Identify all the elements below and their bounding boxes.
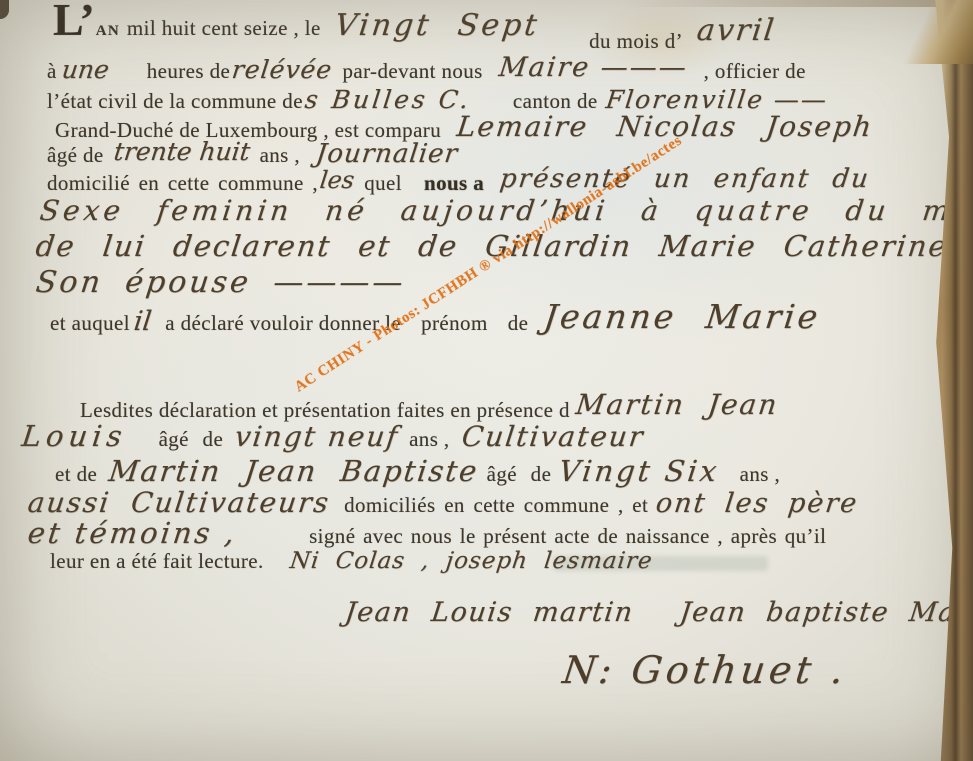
printed-text: âgé de [159, 427, 224, 452]
handwritten-entry: Journalier [314, 139, 460, 169]
document-line-l6: domicilié en cette commune ,lesquelnous … [47, 167, 870, 197]
handwritten-entry: Maire ——— [497, 52, 690, 83]
handwritten-entry: s Bulles C. [303, 85, 473, 114]
handwritten-entry: aussi Cultivateurs [26, 486, 332, 519]
printed-text: AN [96, 23, 120, 40]
handwritten-entry: N: Gothuet . [560, 648, 850, 692]
handwritten-entry: avril [695, 13, 778, 48]
printed-text: leur en a été fait lecture. [50, 549, 264, 574]
document-line-l7: Sexe feminin né aujourd’hui à quatre du … [40, 194, 973, 227]
printed-text: ans , [260, 143, 301, 168]
printed-text: a déclaré vouloir donner le [165, 311, 401, 336]
handwritten-entry: une [60, 55, 111, 84]
handwritten-entry: présenté un enfant du [498, 164, 872, 194]
printed-text: , officier de [704, 59, 806, 84]
handwritten-entry: Sexe feminin né aujourd’hui à quatre du … [38, 194, 973, 227]
handwritten-entry: il [132, 306, 153, 337]
handwritten-entry: Jean Louis martin [343, 597, 635, 628]
printed-text: ans , [740, 462, 781, 487]
document-line-l14: aussi Cultivateursdomiciliés en cette co… [28, 486, 859, 519]
printed-text: par-devant nous [342, 59, 482, 84]
printed-text: de [508, 311, 529, 336]
page-corner-mark [0, 0, 9, 19]
printed-text: mil huit cent seize , le [127, 16, 321, 41]
printed-text: âgé de [487, 462, 552, 487]
handwritten-entry: Vingt Sept [333, 8, 542, 43]
handwritten-entry: ont les père [654, 488, 860, 519]
document-line-l17: Jean Louis martinJean baptiste Martin [345, 597, 973, 628]
handwritten-entry: trente huit [112, 137, 251, 166]
register-photo: L’ANmil huit cent seize , leVingt Septdu… [0, 0, 973, 761]
handwritten-entry: vingt neuf [233, 420, 401, 453]
printed-text: signé avec nous le présent acte de naiss… [309, 524, 826, 549]
printed-text: quel [364, 171, 402, 196]
document-line-l12: Louisâgé devingt neufans ,Cultivateur [22, 419, 644, 453]
handwritten-entry: relévée [230, 55, 334, 84]
handwritten-entry: les [318, 166, 356, 194]
printed-text: du mois d’ [589, 29, 683, 54]
document-line-l1: L’ANmil huit cent seize , leVingt Septdu… [53, 8, 775, 43]
handwritten-entry: Cultivateur [460, 420, 646, 453]
printed-text: domiciliés en cette commune , et [344, 493, 648, 518]
book-binding-edge-top [903, 0, 973, 64]
handwritten-entry: Ni Colas , joseph lesmaire [288, 548, 654, 574]
handwritten-entry: Lemaire Nicolas Joseph [455, 110, 875, 143]
handwritten-entry: Louis [20, 419, 129, 453]
printed-text: et de [55, 462, 97, 487]
handwritten-entry: Martin Jean [574, 388, 780, 421]
handwritten-entry: Vingt Six [557, 454, 722, 488]
document-line-l5: âgé detrente huitans ,Journalier [47, 139, 458, 169]
printed-text: nous a [424, 171, 484, 196]
printed-text: prénom [421, 311, 488, 336]
handwritten-entry: Jean baptiste Martin [678, 597, 973, 628]
document-line-l18: N: Gothuet . [563, 648, 847, 692]
document-line-l15: et témoins ,signé avec nous le présent a… [28, 516, 826, 550]
printed-text: âgé de [47, 143, 104, 168]
document-line-l8: de lui declarent et de Gillardin Marie C… [36, 229, 948, 263]
document-line-l13: et deMartin Jean Baptisteâgé deVingt Six… [55, 454, 780, 488]
printed-text: et auquel [50, 311, 130, 336]
document-line-l16: leur en a été fait lecture.Ni Colas , jo… [50, 548, 652, 574]
printed-text: ans , [409, 427, 450, 452]
printed-text: à [47, 59, 57, 84]
handwritten-entry: Son épouse ———— [34, 265, 408, 300]
handwritten-entry: Jeanne Marie [542, 297, 823, 336]
printed-text: domicilié en cette commune , [47, 171, 318, 196]
document-line-l2: àuneheures derelévéepar-devant nousMaire… [47, 54, 806, 85]
document-line-l9: Son épouse ———— [36, 265, 406, 300]
printed-text: heures de [147, 59, 230, 84]
book-binding-edge [927, 0, 973, 761]
handwritten-entry: et témoins , [26, 516, 239, 550]
handwritten-entry: de lui declarent et de Gillardin Marie C… [34, 229, 950, 263]
handwritten-entry: Martin Jean Baptiste [107, 454, 481, 488]
document-line-l10: et auquelila déclaré vouloir donner lepr… [50, 299, 821, 338]
